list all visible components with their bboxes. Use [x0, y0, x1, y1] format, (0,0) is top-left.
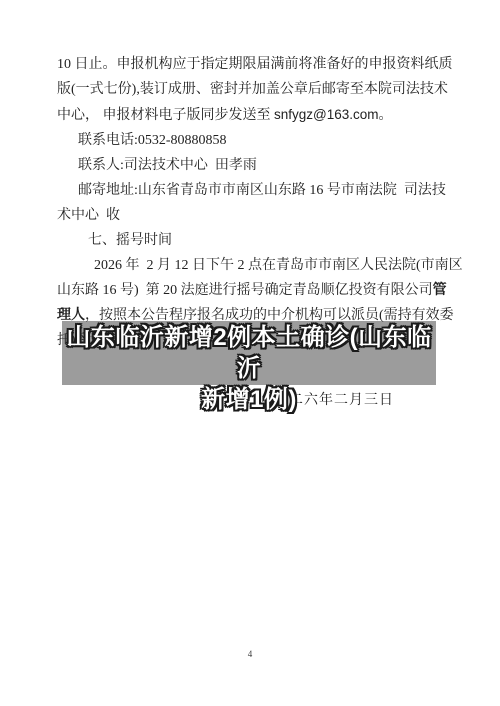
document-line: 2026 年 2 月 12 日下午 2 点在青岛市市南区人民法院(市南区 [57, 253, 449, 278]
text-run: 2026 年 2 月 12 日下午 2 点在青岛市市南区人民法院(市南区 [94, 258, 463, 273]
document-line: 邮寄地址:山东省青岛市市南区山东路 16 号市南法院 司法技 [57, 178, 449, 203]
text-run: 术中心 收 [57, 208, 120, 223]
document-line: 联系人:司法技术中心 田孝雨 [57, 153, 449, 178]
document-line: 版(一式七份),装订成册、密封并加盖公章后邮寄至本院司法技术 [57, 77, 449, 102]
document-line: 中心， 申报材料电子版同步发送至 snfygz@163.com。 [57, 102, 449, 128]
document-line: 术中心 收 [57, 203, 449, 228]
document-line: 联系电话:0532-80880858 [57, 128, 449, 153]
text-run: 管 [433, 283, 447, 298]
document-line: 山东路 16 号) 第 20 法庭进行摇号确定青岛顺亿投资有限公司管 [57, 278, 449, 303]
text-run: 10 日止。申报机构应于指定期限届满前将准备好的申报资料纸质 [57, 57, 453, 72]
overlay-title-line1: 山东临沂新增2例本土确诊(山东临沂 [56, 322, 442, 384]
text-run: 山东路 16 号) 第 20 法庭进行摇号确定青岛顺亿投资有限公司 [57, 283, 433, 298]
text-run: 理人 [57, 308, 85, 323]
text-run: 七、摇号时间 [88, 233, 172, 248]
text-run: 联系人:司法技术中心 田孝雨 [78, 158, 257, 173]
text-run: 版(一式七份),装订成册、密封并加盖公章后邮寄至本院司法技术 [57, 82, 448, 97]
document-line: 10 日止。申报机构应于指定期限届满前将准备好的申报资料纸质 [57, 52, 449, 77]
text-run: 中心， 申报材料电子版同步发送至 [57, 108, 274, 123]
document-body: 10 日止。申报机构应于指定期限届满前将准备好的申报资料纸质版(一式七份),装订… [57, 52, 449, 353]
text-run: ，按照本公告程序报名成功的中介机构可以派员(需持有效委 [85, 308, 454, 323]
text-run: 联系电话:0532-80880858 [78, 133, 227, 148]
email-address: snfygz@163.com [274, 107, 379, 122]
document-page: 10 日止。申报机构应于指定期限届满前将准备好的申报资料纸质版(一式七份),装订… [0, 0, 500, 706]
page-number: 4 [0, 649, 500, 659]
text-run: 邮寄地址:山东省青岛市市南区山东路 16 号市南法院 司法技 [78, 183, 446, 198]
text-run: 。 [379, 108, 393, 123]
overlay-title-line2: 新增1例) [56, 384, 442, 415]
document-line: 七、摇号时间 [57, 228, 449, 253]
overlay-title: 山东临沂新增2例本土确诊(山东临沂 新增1例) [56, 322, 442, 415]
